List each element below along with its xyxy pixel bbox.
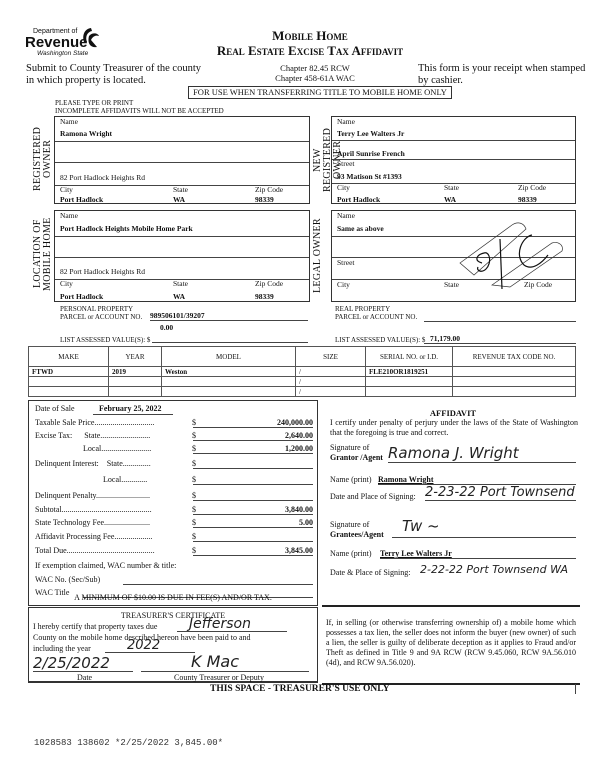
instruction-incomplete: INCOMPLETE AFFIDAVITS WILL NOT BE ACCEPT… bbox=[55, 107, 224, 115]
label-line1: NEW REGISTERED bbox=[312, 128, 333, 192]
location-city[interactable]: Port Hadlock bbox=[60, 292, 103, 301]
grantee-date-label: Date & Place of Signing: bbox=[330, 568, 410, 577]
legal-owner-section-label: LEGAL OWNER bbox=[313, 210, 329, 302]
personal-assessed-label: LIST ASSESSED VALUE(S): $ bbox=[60, 336, 150, 344]
location-zip[interactable]: 98339 bbox=[255, 292, 274, 301]
sig-label-line2: Grantor /Agent bbox=[330, 453, 383, 463]
zip-label: Zip Code bbox=[518, 184, 546, 192]
tax-row-excise-local: Local......................... $ 1,200.0… bbox=[35, 444, 313, 454]
state-label: State bbox=[173, 186, 188, 194]
receipt-note-line1: This form is your receipt when stamped bbox=[418, 63, 585, 75]
legal-owner-box: Name Same as above Street City State Zip… bbox=[331, 210, 576, 302]
chapter-refs: Chapter 82.45 RCW Chapter 458-61A WAC bbox=[250, 63, 380, 83]
tax-row-excise-state: Excise Tax: State.......................… bbox=[35, 431, 313, 441]
new-registered-owner-section-label: NEW REGISTERED OWNER bbox=[313, 116, 333, 204]
grantor-signature-field[interactable]: Ramona J. Wright bbox=[388, 443, 576, 463]
amount-field[interactable] bbox=[193, 475, 313, 485]
registered-owner-city[interactable]: Port Hadlock bbox=[60, 195, 103, 204]
city-label: City bbox=[337, 281, 350, 289]
treasurer-cert-line3: including the year bbox=[33, 644, 91, 654]
chapter-rcw: Chapter 82.45 RCW bbox=[250, 63, 380, 73]
parcel-label-line1: PERSONAL PROPERTY bbox=[60, 305, 142, 313]
form-title-line1: Mobile Home bbox=[200, 28, 420, 43]
tax-row-state-technology-fee: State Technology Fee....................… bbox=[35, 518, 313, 528]
parcel-label-line1: REAL PROPERTY bbox=[335, 305, 417, 313]
table-row: / bbox=[29, 387, 576, 397]
amount-field[interactable] bbox=[193, 532, 313, 542]
grantee-signature-field[interactable]: Tw ~ bbox=[392, 516, 576, 538]
treasurer-use-only-label: THIS SPACE - TREASURER'S USE ONLY bbox=[210, 684, 390, 694]
cell-size[interactable]: / bbox=[296, 367, 366, 377]
name-label: Name bbox=[60, 212, 78, 220]
cert-text: I hereby certify that property taxes due bbox=[33, 622, 157, 631]
personal-assessed-value-above: 0.00 bbox=[160, 323, 173, 332]
label-line2: MOBILE HOME bbox=[42, 217, 53, 291]
amount-field[interactable] bbox=[193, 459, 313, 469]
cell-size[interactable]: / bbox=[296, 387, 366, 397]
lien-warning-text: If, in selling (or otherwise transferrin… bbox=[326, 618, 576, 668]
date-of-sale-value[interactable]: February 25, 2022 bbox=[93, 404, 173, 415]
mobile-home-table: MAKE YEAR MODEL SIZE SERIAL NO. or I.D. … bbox=[28, 346, 576, 397]
treasurer-certificate-box: TREASURER'S CERTIFICATE I hereby certify… bbox=[28, 607, 318, 683]
instructions: PLEASE TYPE OR PRINT INCOMPLETE AFFIDAVI… bbox=[55, 99, 224, 115]
col-model: MODEL bbox=[162, 347, 296, 367]
cell-size[interactable]: / bbox=[296, 377, 366, 387]
exemption-label: If exemption claimed, WAC number & title… bbox=[35, 561, 313, 571]
personal-assessed-value[interactable] bbox=[152, 334, 308, 343]
name-label: Name bbox=[60, 118, 78, 126]
registered-owner-street[interactable]: 82 Port Hadlock Heights Rd bbox=[60, 173, 145, 182]
amount-field[interactable] bbox=[193, 491, 313, 501]
tax-row-taxable-sale-price: Taxable Sale Price......................… bbox=[35, 418, 313, 428]
logo-state-text: Washington State bbox=[37, 50, 88, 57]
location-name[interactable]: Port Hadlock Heights Mobile Home Park bbox=[60, 224, 193, 233]
sig-label-line2: Grantees/Agent bbox=[330, 530, 384, 540]
new-owner-name2[interactable]: April Sunrise French bbox=[337, 149, 405, 158]
grantor-name-field[interactable]: Ramona Wright bbox=[378, 475, 576, 485]
instruction-type-print: PLEASE TYPE OR PRINT bbox=[55, 99, 224, 107]
grantee-signature-label: Signature of Grantees/Agent bbox=[330, 520, 384, 540]
grantee-name-field[interactable]: Terry Lee Walters Jr bbox=[380, 549, 576, 559]
cell-serial[interactable] bbox=[366, 377, 453, 387]
grantee-date-place-field[interactable]: 2-22-22 Port Townsend WA bbox=[420, 562, 576, 577]
city-label: City bbox=[337, 184, 350, 192]
row-label: Subtotal................................… bbox=[35, 505, 152, 514]
col-serial: SERIAL NO. or I.D. bbox=[366, 347, 453, 367]
legal-owner-name[interactable]: Same as above bbox=[337, 224, 384, 233]
dor-logo: Department of Revenue Washington State bbox=[25, 26, 105, 62]
col-revenue-code: REVENUE TAX CODE NO. bbox=[453, 347, 576, 367]
new-registered-owner-box: Name Terry Lee Walters Jr April Sunrise … bbox=[331, 116, 576, 204]
label-line2: OWNER bbox=[42, 140, 53, 178]
tax-row-subtotal: Subtotal................................… bbox=[35, 505, 313, 515]
registered-owner-name[interactable]: Ramona Wright bbox=[60, 129, 112, 138]
treasurer-county-field[interactable]: Jefferson bbox=[177, 616, 287, 632]
cell-serial[interactable] bbox=[366, 387, 453, 397]
parcel-label-line2: PARCEL or ACCOUNT NO. bbox=[335, 313, 417, 321]
amount-field[interactable]: 1,200.00 bbox=[193, 444, 313, 454]
new-owner-state[interactable]: WA bbox=[444, 195, 456, 204]
tax-row-affidavit-processing-fee: Affidavit Processing Fee................… bbox=[35, 532, 313, 542]
street-label: Street bbox=[337, 160, 355, 168]
affidavit-title: AFFIDAVIT bbox=[330, 408, 576, 418]
date-of-sale-row: Date of Sale February 25, 2022 bbox=[35, 404, 313, 414]
tax-row-total-due: Total Due...............................… bbox=[35, 546, 313, 556]
receipt-stamp: 1028583 138602 *2/25/2022 3,845.00* bbox=[34, 738, 223, 748]
transfer-banner: FOR USE WHEN TRANSFERRING TITLE TO MOBIL… bbox=[188, 86, 452, 99]
cell-year[interactable] bbox=[109, 377, 162, 387]
table-row: / bbox=[29, 377, 576, 387]
grantee-name-label: Name (print) bbox=[330, 549, 372, 558]
cell-revenue-code[interactable] bbox=[453, 367, 576, 377]
real-property-parcel-no[interactable] bbox=[424, 313, 576, 322]
col-year: YEAR bbox=[109, 347, 162, 367]
cell-model[interactable]: Weston bbox=[162, 367, 296, 377]
location-street[interactable]: 82 Port Hadlock Heights Rd bbox=[60, 267, 145, 276]
cell-make[interactable]: FTWD bbox=[29, 367, 109, 377]
row-label: Total Due...............................… bbox=[35, 546, 155, 555]
affidavit-text: I certify under penalty of perjury under… bbox=[330, 418, 578, 438]
new-owner-street[interactable]: 93 Matison St #1393 bbox=[337, 172, 402, 181]
treasurer-date-label: Date bbox=[77, 673, 92, 682]
city-label: City bbox=[60, 186, 73, 194]
name-label: Name bbox=[337, 212, 355, 220]
cell-model[interactable] bbox=[162, 377, 296, 387]
location-state[interactable]: WA bbox=[173, 292, 185, 301]
chapter-wac: Chapter 458-61A WAC bbox=[250, 73, 380, 83]
city-label: City bbox=[60, 280, 73, 288]
logo-revenue-text: Revenue bbox=[25, 36, 88, 49]
personal-property-parcel-no[interactable]: 989506101/39207 bbox=[150, 311, 308, 321]
state-label: State bbox=[173, 280, 188, 288]
treasurer-date-field[interactable]: 2/25/2022 bbox=[33, 654, 133, 672]
tax-row-delinquent-interest-local: Local............. $ bbox=[35, 475, 313, 485]
row-label: State Technology Fee....................… bbox=[35, 518, 150, 527]
cell-year[interactable]: 2019 bbox=[109, 367, 162, 377]
parcel-label-line2: PARCEL or ACCOUNT NO. bbox=[60, 313, 142, 321]
street-label: Street bbox=[337, 259, 355, 267]
real-assessed-label: LIST ASSESSED VALUE(S): $ bbox=[335, 336, 425, 344]
tax-row-delinquent-interest-state: Delinquent Interest: State..............… bbox=[35, 459, 313, 469]
tax-calculation-box: Date of Sale February 25, 2022 Taxable S… bbox=[28, 400, 318, 606]
grantor-date-label: Date and Place of Signing: bbox=[330, 492, 416, 501]
cell-year[interactable] bbox=[109, 387, 162, 397]
date-of-sale-label: Date of Sale bbox=[35, 404, 75, 413]
grantor-signature-label: Signature of Grantor /Agent bbox=[330, 443, 383, 463]
cell-revenue-code[interactable] bbox=[453, 377, 576, 387]
amount-field[interactable]: 3,845.00 bbox=[193, 546, 313, 556]
sig-label-line1: Signature of bbox=[330, 520, 384, 530]
location-box: Name Port Hadlock Heights Mobile Home Pa… bbox=[54, 210, 310, 302]
submit-note-line2: in which property is located. bbox=[26, 75, 201, 87]
real-assessed-value[interactable]: 71,179.00 bbox=[424, 334, 576, 344]
form-title-line2: Real Estate Excise Tax Affidavit bbox=[180, 43, 440, 58]
grantor-name-label: Name (print) bbox=[330, 475, 372, 484]
treasurer-use-right-edge bbox=[575, 684, 576, 694]
location-section-label: LOCATION OF MOBILE HOME bbox=[33, 210, 53, 298]
zip-label: Zip Code bbox=[255, 280, 283, 288]
real-property-parcel-label: REAL PROPERTY PARCEL or ACCOUNT NO. bbox=[335, 305, 417, 321]
amount-field[interactable]: 240,000.00 bbox=[193, 418, 313, 428]
col-size: SIZE bbox=[296, 347, 366, 367]
row-label: Local............. bbox=[35, 475, 147, 484]
new-owner-name[interactable]: Terry Lee Walters Jr bbox=[337, 129, 404, 138]
sig-label-line1: Signature of bbox=[330, 443, 383, 453]
cell-make[interactable] bbox=[29, 377, 109, 387]
wac-no-input[interactable] bbox=[123, 575, 313, 585]
minimum-due-note: A MINIMUM OF $10.00 IS DUE IN FEE(S) AND… bbox=[28, 593, 318, 602]
new-owner-zip[interactable]: 98339 bbox=[518, 195, 537, 204]
state-label: State bbox=[444, 184, 459, 192]
dor-swoosh-logo-icon bbox=[81, 27, 101, 49]
registered-owner-section-label: REGISTERED OWNER bbox=[33, 116, 53, 202]
treasurer-cert-line1: I hereby certify that property taxes due bbox=[33, 622, 157, 632]
table-header-row: MAKE YEAR MODEL SIZE SERIAL NO. or I.D. … bbox=[29, 347, 576, 367]
treasurer-signature-field[interactable]: K Mac bbox=[141, 652, 309, 672]
receipt-note: This form is your receipt when stamped b… bbox=[418, 63, 585, 87]
amount-field[interactable]: 5.00 bbox=[193, 518, 313, 528]
row-label: Excise Tax: State.......................… bbox=[35, 431, 150, 440]
cell-model[interactable] bbox=[162, 387, 296, 397]
col-make: MAKE bbox=[29, 347, 109, 367]
row-label: Local......................... bbox=[35, 444, 151, 453]
row-label: Taxable Sale Price......................… bbox=[35, 418, 154, 427]
treasurer-year-field[interactable]: 2022 bbox=[105, 639, 195, 653]
treasurer-signer-label: County Treasurer or Deputy bbox=[174, 673, 264, 682]
grantor-date-place-field[interactable]: 2-23-22 Port Townsend bbox=[425, 485, 576, 501]
personal-property-parcel-label: PERSONAL PROPERTY PARCEL or ACCOUNT NO. bbox=[60, 305, 142, 321]
wac-no-label: WAC No. (Sec/Sub) bbox=[35, 575, 100, 584]
tax-row-delinquent-penalty: Delinquent Penalty......................… bbox=[35, 491, 313, 501]
new-owner-city[interactable]: Port Hadlock bbox=[337, 195, 380, 204]
row-label: Delinquent Penalty......................… bbox=[35, 491, 150, 500]
jc-initials-stamp bbox=[452, 215, 572, 291]
registered-owner-box: Name Ramona Wright 82 Port Hadlock Heigh… bbox=[54, 116, 310, 204]
cell-serial[interactable]: FLE210OR1819251 bbox=[366, 367, 453, 377]
submit-note-line1: Submit to County Treasurer of the county bbox=[26, 63, 201, 75]
registered-owner-zip[interactable]: 98339 bbox=[255, 195, 274, 204]
row-label: Affidavit Processing Fee................… bbox=[35, 532, 152, 541]
cell-revenue-code[interactable] bbox=[453, 387, 576, 397]
lien-warning-top-rule bbox=[322, 605, 580, 607]
grantor-name-row: Name (print) bbox=[330, 475, 372, 484]
registered-owner-state[interactable]: WA bbox=[173, 195, 185, 204]
cell-make[interactable] bbox=[29, 387, 109, 397]
row-label: Delinquent Interest: State.............. bbox=[35, 459, 151, 468]
submit-note: Submit to County Treasurer of the county… bbox=[26, 63, 201, 87]
table-row: FTWD 2019 Weston / FLE210OR1819251 bbox=[29, 367, 576, 377]
wac-no-row: WAC No. (Sec/Sub) bbox=[35, 575, 313, 585]
name-label: Name bbox=[337, 118, 355, 126]
amount-field[interactable]: 3,840.00 bbox=[193, 505, 313, 515]
zip-label: Zip Code bbox=[255, 186, 283, 194]
amount-field[interactable]: 2,640.00 bbox=[193, 431, 313, 441]
